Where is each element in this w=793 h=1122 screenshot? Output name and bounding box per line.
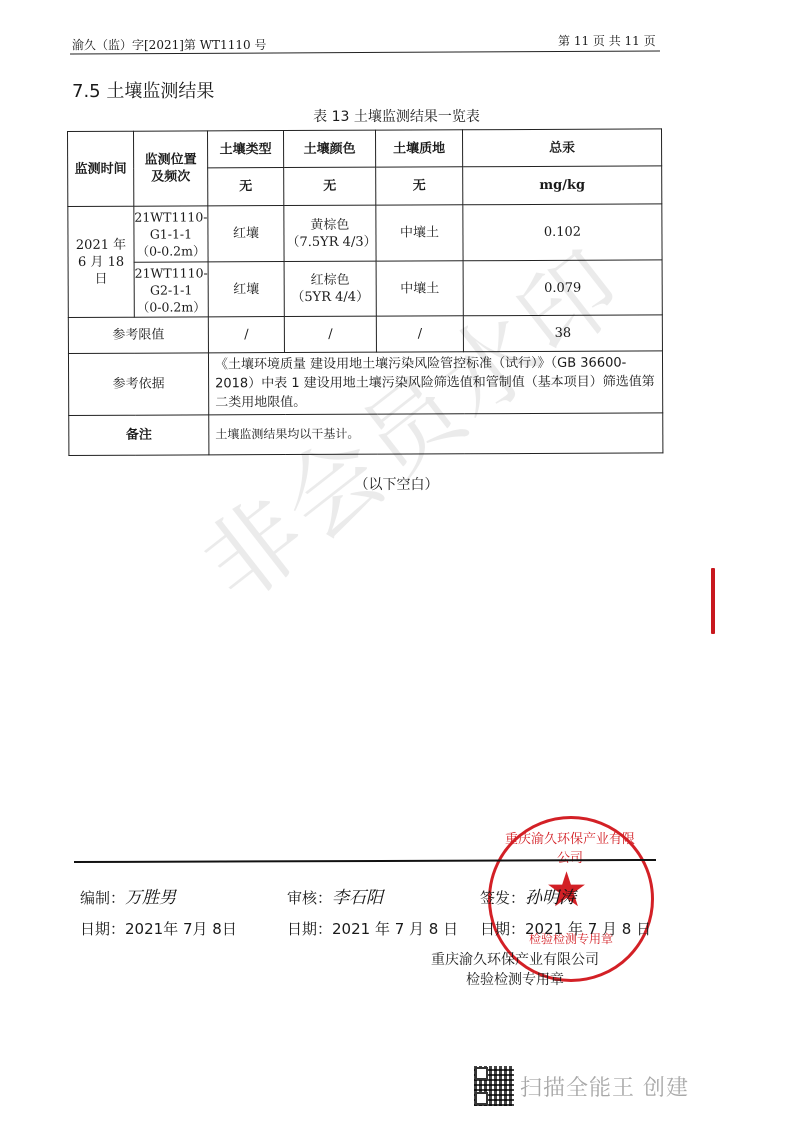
- color-code: （7.5YR 4/3）: [286, 233, 373, 250]
- reviewed-by: 审核：李石阳: [287, 883, 383, 908]
- table-caption: 表 13 土壤监测结果一览表: [0, 106, 793, 126]
- header-soil-texture: 土壤质地: [375, 130, 462, 167]
- compiled-label: 编制：: [80, 889, 125, 907]
- compiled-signature: 万胜男: [125, 888, 176, 908]
- scanner-footer: 扫描全能王 创建: [474, 1066, 689, 1106]
- unit-soil-color: 无: [284, 167, 376, 205]
- date-value: 2021年 7月 8日: [125, 920, 237, 938]
- soil-type: 红壤: [208, 206, 284, 262]
- limit-label: 参考限值: [68, 317, 208, 354]
- reviewed-signature: 李石阳: [332, 888, 383, 908]
- seal-type: 检验检测专用章: [400, 970, 630, 990]
- sample-location: 21WT1110- G1-1-1 （0-0.2m）: [134, 206, 208, 262]
- sample-date-line2: 6 月 18 日: [71, 253, 132, 287]
- header-mercury: 总汞: [462, 129, 661, 167]
- date-label: 日期：: [287, 920, 332, 938]
- unit-mercury: mg/kg: [463, 166, 662, 205]
- limit-soil-type: /: [208, 317, 284, 353]
- soil-color: 红棕色 （5YR 4/4）: [284, 261, 376, 316]
- approved-label: 签发：: [480, 889, 525, 907]
- header-soil-color: 土壤颜色: [284, 130, 376, 167]
- remark-label: 备注: [69, 415, 209, 456]
- approved-signature: 孙明涛: [525, 888, 576, 908]
- sample-date-line1: 2021 年: [70, 236, 131, 253]
- soil-color: 黄棕色 （7.5YR 4/3）: [284, 205, 376, 261]
- sample-location: 21WT1110- G2-1-1 （0-0.2m）: [134, 262, 208, 317]
- reviewed-date: 日期：2021 年 7 月 8 日: [287, 918, 458, 939]
- header-time: 监测时间: [68, 131, 134, 206]
- section-title: 7.5 土壤监测结果: [72, 77, 214, 103]
- header-location-line1: 监测位置: [136, 151, 205, 168]
- location-line2: G1-1-1: [134, 225, 207, 242]
- unit-soil-type: 无: [208, 168, 284, 206]
- header-location-line2: 及频次: [136, 168, 205, 185]
- date-label: 日期：: [80, 920, 125, 938]
- header-location: 监测位置 及频次: [134, 131, 208, 206]
- company-seal-caption: 重庆渝久环保产业有限公司 检验检测专用章: [400, 950, 630, 990]
- location-line2: G2-1-1: [135, 281, 208, 298]
- color-name: 红棕色: [287, 272, 374, 289]
- location-line1: 21WT1110-: [134, 208, 207, 225]
- location-line3: （0-0.2m）: [135, 298, 208, 315]
- reviewed-label: 审核：: [287, 889, 332, 907]
- color-code: （5YR 4/4）: [287, 289, 374, 306]
- compiled-by: 编制：万胜男: [80, 883, 176, 908]
- date-value: 2021 年 7 月 8 日: [332, 920, 458, 938]
- header-soil-type: 土壤类型: [208, 131, 284, 168]
- location-line3: （0-0.2m）: [134, 242, 207, 259]
- date-value: 2021 年 7 月 8 日: [525, 920, 651, 938]
- red-seal-edge-mark: [711, 568, 715, 634]
- unit-soil-texture: 无: [376, 167, 463, 205]
- soil-texture: 中壤土: [376, 205, 463, 261]
- limit-soil-color: /: [284, 316, 376, 352]
- color-name: 黄棕色: [286, 216, 373, 233]
- soil-type: 红壤: [208, 262, 284, 317]
- date-label: 日期：: [480, 920, 525, 938]
- approved-date: 日期：2021 年 7 月 8 日: [480, 918, 651, 939]
- compiled-date: 日期：2021年 7月 8日: [80, 918, 237, 939]
- company-name: 重庆渝久环保产业有限公司: [400, 950, 630, 970]
- basis-label: 参考依据: [68, 353, 208, 416]
- qr-code-icon: [474, 1066, 514, 1106]
- report-number: 渝久（监）字[2021]第 WT1110 号: [72, 36, 266, 53]
- page-info: 第 11 页 共 11 页: [558, 32, 656, 49]
- location-line1: 21WT1110-: [135, 264, 208, 281]
- sample-date: 2021 年 6 月 18 日: [68, 206, 134, 317]
- table-header-row: 监测时间 监测位置 及频次 土壤类型 土壤颜色 土壤质地 总汞: [68, 129, 662, 169]
- scanner-credit: 扫描全能王 创建: [520, 1071, 689, 1102]
- approved-by: 签发：孙明涛: [480, 883, 576, 908]
